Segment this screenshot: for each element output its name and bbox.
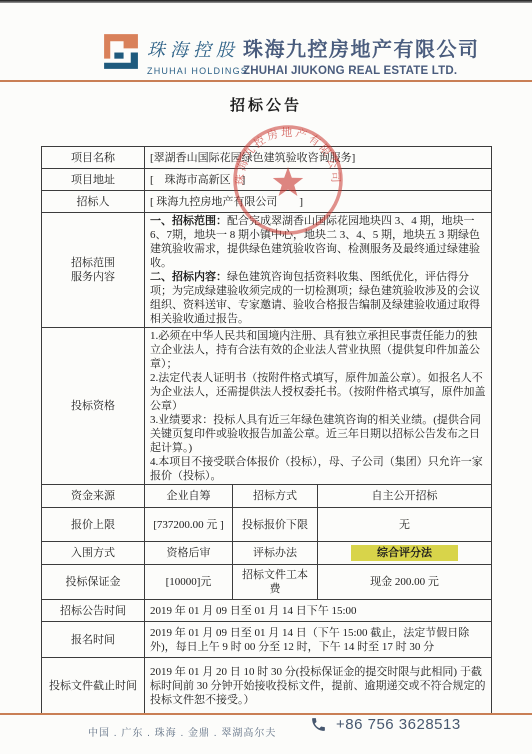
table-row-registration-time: 报名时间 2019 年 01 月 09 日至 01 月 14 日（下午 15:0… — [42, 622, 492, 658]
qualification-item: 3.业绩要求：投标人具有近三年绿色建筑咨询的相关业绩。(提供合同关键页复印件或验… — [150, 413, 486, 455]
funding-value: 企业自筹 — [145, 485, 233, 508]
table-row-scope: 招标范围 服务内容 一、招标范围：配合完成翠湖香山国际花园地块四 3、4 期，地… — [42, 213, 492, 328]
scope-item-1-lead: 一、招标范围： — [150, 215, 227, 227]
scope-label: 招标范围 服务内容 — [42, 213, 145, 328]
project-address-label: 项目地址 — [42, 169, 145, 191]
price-cap-label: 报价上限 — [42, 508, 145, 542]
deadline-time-label: 投标文件截止时间 — [42, 658, 145, 714]
tenderer-value: [ 珠海九控房地产有限公司 ] — [145, 191, 492, 213]
page-title: 招标公告 — [0, 94, 532, 115]
footer-divider — [0, 713, 532, 715]
footer-phone-block: +86 756 3628513 — [310, 716, 461, 733]
table-row-announcement-time: 招标公告时间 2019 年 01 月 09 日至 01 月 14 日下午 15:… — [42, 600, 492, 622]
project-name-label: 项目名称 — [42, 147, 145, 169]
method-value: 自主公开招标 — [318, 485, 492, 508]
deposit-value: [10000]元 — [145, 565, 233, 600]
company-name-en: ZHUHAI JIUKONG REAL ESTATE LTD. — [243, 65, 480, 77]
method-label: 招标方式 — [233, 485, 318, 508]
doc-fee-label: 招标文件工本费 — [233, 565, 318, 600]
logo-name-cn: 珠海控股 — [147, 36, 248, 62]
table-row-project-address: 项目地址 [ 珠海市高新区 ] — [42, 169, 492, 191]
footer-location-text: 中国 . 广东 . 珠海 . 金鼎 . 翠湖高尔夫 — [88, 724, 276, 739]
registration-time-value: 2019 年 01 月 09 日至 01 月 14 日（下午 15:00 截止，… — [145, 622, 492, 658]
header-divider — [0, 80, 532, 82]
table-row-funding-method: 资金来源 企业自筹 招标方式 自主公开招标 — [42, 485, 492, 508]
registration-time-label: 报名时间 — [42, 622, 145, 658]
logo-name-en: ZHUHAI HOLDINGS — [147, 66, 248, 76]
table-row-deadline-time: 投标文件截止时间 2019 年 01 月 20 日 10 时 30 分(投标保证… — [42, 658, 492, 714]
price-cap-value: [737200.00 元 ] — [145, 508, 233, 542]
phone-icon — [310, 716, 327, 733]
footer-phone-number: +86 756 3628513 — [336, 716, 461, 733]
qualification-label: 投标资格 — [42, 328, 145, 485]
evaluation-label: 评标办法 — [233, 542, 318, 565]
tenderer-label: 招标人 — [42, 191, 145, 213]
deposit-label: 投标保证金 — [42, 565, 145, 600]
project-address-value: [ 珠海市高新区 ] — [145, 169, 492, 191]
evaluation-value-cell: 综合评分法 — [318, 542, 492, 565]
table-row-project-name: 项目名称 [翠湖香山国际花园绿色建筑验收咨询服务] — [42, 147, 492, 169]
tender-announcement-page: 珠海控股 ZHUHAI HOLDINGS 珠海九控房地产有限公司 ZHUHAI … — [0, 0, 532, 754]
qualification-item: 2.法定代表人证明书（按附件格式填写，原件加盖公章）。如报名人不为企业法人，还需… — [150, 371, 486, 413]
company-name-cn: 珠海九控房地产有限公司 — [243, 33, 480, 62]
table-row-price: 报价上限 [737200.00 元 ] 投标报价下限 无 — [42, 508, 492, 542]
qualification-content: 1.必须在中华人民共和国境内注册、具有独立承担民事责任能力的独立企业法人，持有合… — [145, 328, 492, 485]
scope-item-2: 二、招标内容：绿色建筑咨询包括资料收集、图纸优化，评估得分项；为完成绿建验收须完… — [150, 270, 486, 326]
tender-info-table: 项目名称 [翠湖香山国际花园绿色建筑验收咨询服务] 项目地址 [ 珠海市高新区 … — [41, 146, 492, 714]
evaluation-value-highlighted: 综合评分法 — [351, 545, 458, 561]
shortlist-label: 入围方式 — [42, 542, 145, 565]
announcement-time-label: 招标公告时间 — [42, 600, 145, 622]
price-floor-label: 投标报价下限 — [233, 508, 318, 542]
table-row-tenderer: 招标人 [ 珠海九控房地产有限公司 ] — [42, 191, 492, 213]
table-row-qualification: 投标资格 1.必须在中华人民共和国境内注册、具有独立承担民事责任能力的独立企业法… — [42, 328, 492, 485]
scan-edge-artifact — [0, 0, 532, 3]
scope-label-line2: 服务内容 — [47, 270, 139, 284]
price-floor-value: 无 — [318, 508, 492, 542]
shortlist-value: 资格后审 — [145, 542, 233, 565]
funding-label: 资金来源 — [42, 485, 145, 508]
qualification-item: 4.本项目不接受联合体报价（投标），母、子公司（集团）只允许一家报价（投标）。 — [150, 455, 486, 483]
company-name-block: 珠海九控房地产有限公司 ZHUHAI JIUKONG REAL ESTATE L… — [243, 33, 480, 77]
doc-fee-value: 现金 200.00 元 — [318, 565, 492, 600]
zhuhai-holdings-logo-icon — [100, 31, 141, 72]
project-name-value: [翠湖香山国际花园绿色建筑验收咨询服务] — [145, 147, 492, 169]
logo-text-block: 珠海控股 ZHUHAI HOLDINGS — [147, 36, 248, 76]
scope-label-line1: 招标范围 — [47, 256, 139, 270]
scope-content: 一、招标范围：配合完成翠湖香山国际花园地块四 3、4 期，地块一 6、7期，地块… — [145, 213, 492, 328]
table-row-deposit-fee: 投标保证金 [10000]元 招标文件工本费 现金 200.00 元 — [42, 565, 492, 600]
table-row-shortlist-evaluation: 入围方式 资格后审 评标办法 综合评分法 — [42, 542, 492, 565]
qualification-item: 1.必须在中华人民共和国境内注册、具有独立承担民事责任能力的独立企业法人，持有合… — [150, 329, 486, 371]
scope-item-1: 一、招标范围：配合完成翠湖香山国际花园地块四 3、4 期，地块一 6、7期，地块… — [150, 214, 486, 270]
deadline-time-value: 2019 年 01 月 20 日 10 时 30 分(投标保证金的提交时限与此相… — [145, 658, 492, 714]
announcement-time-value: 2019 年 01 月 09 日至 01 月 14 日下午 15:00 — [145, 600, 492, 622]
scope-item-2-lead: 二、招标内容： — [150, 271, 227, 283]
